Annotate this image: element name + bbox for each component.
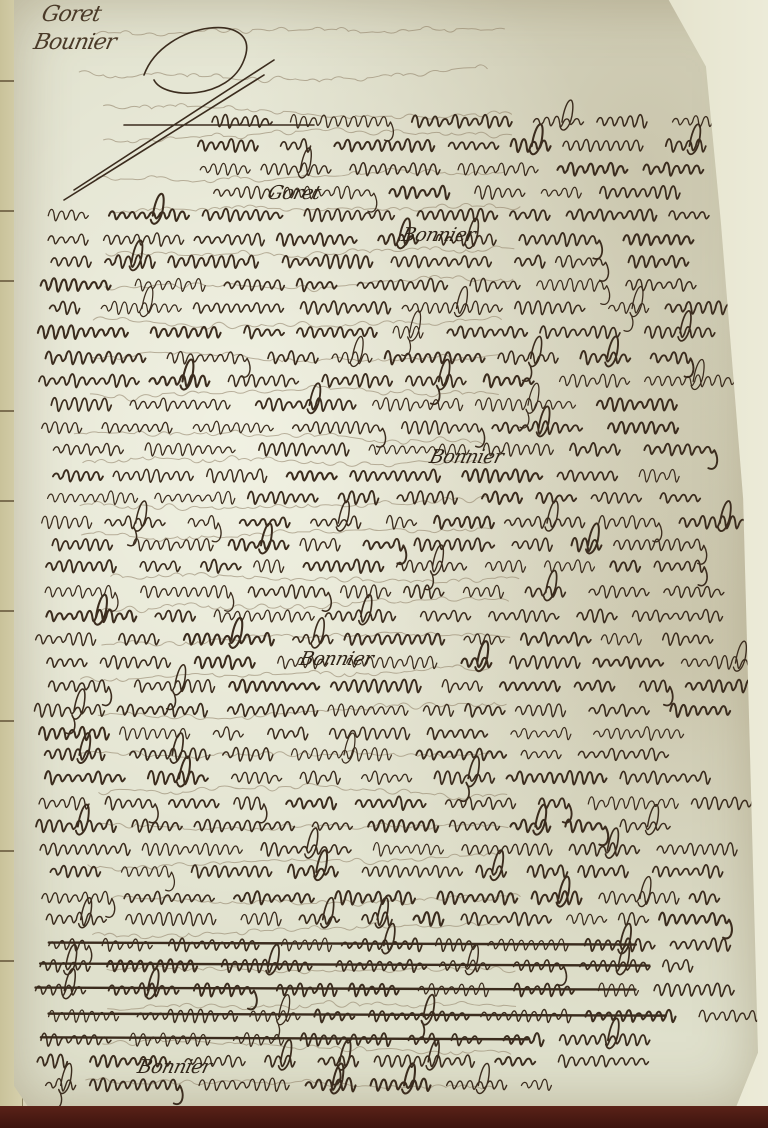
margin-note-bounier: Bounier (31, 30, 118, 55)
ruling-mark (0, 280, 14, 282)
ruling-mark (0, 850, 14, 852)
ruling-mark (0, 720, 14, 722)
ruling-mark (0, 610, 14, 612)
background-table-surface (0, 1106, 768, 1128)
handwriting-layer (14, 0, 758, 1108)
text-fragment: Bonnier (297, 648, 375, 670)
margin-note-goret: Goret (39, 2, 103, 27)
text-fragment: Bonnier (427, 446, 505, 468)
ruling-mark (0, 80, 14, 82)
text-fragment: Goret (265, 182, 323, 204)
ruling-mark (0, 500, 14, 502)
text-fragment: Bonnier (399, 224, 477, 246)
ruling-mark (0, 210, 14, 212)
text-fragment: Bonnier (135, 1056, 213, 1078)
manuscript-page: Goret Bounier Bonnier Goret Bonnier Bonn… (14, 0, 758, 1108)
ruling-mark (0, 960, 14, 962)
ruling-mark (0, 410, 14, 412)
